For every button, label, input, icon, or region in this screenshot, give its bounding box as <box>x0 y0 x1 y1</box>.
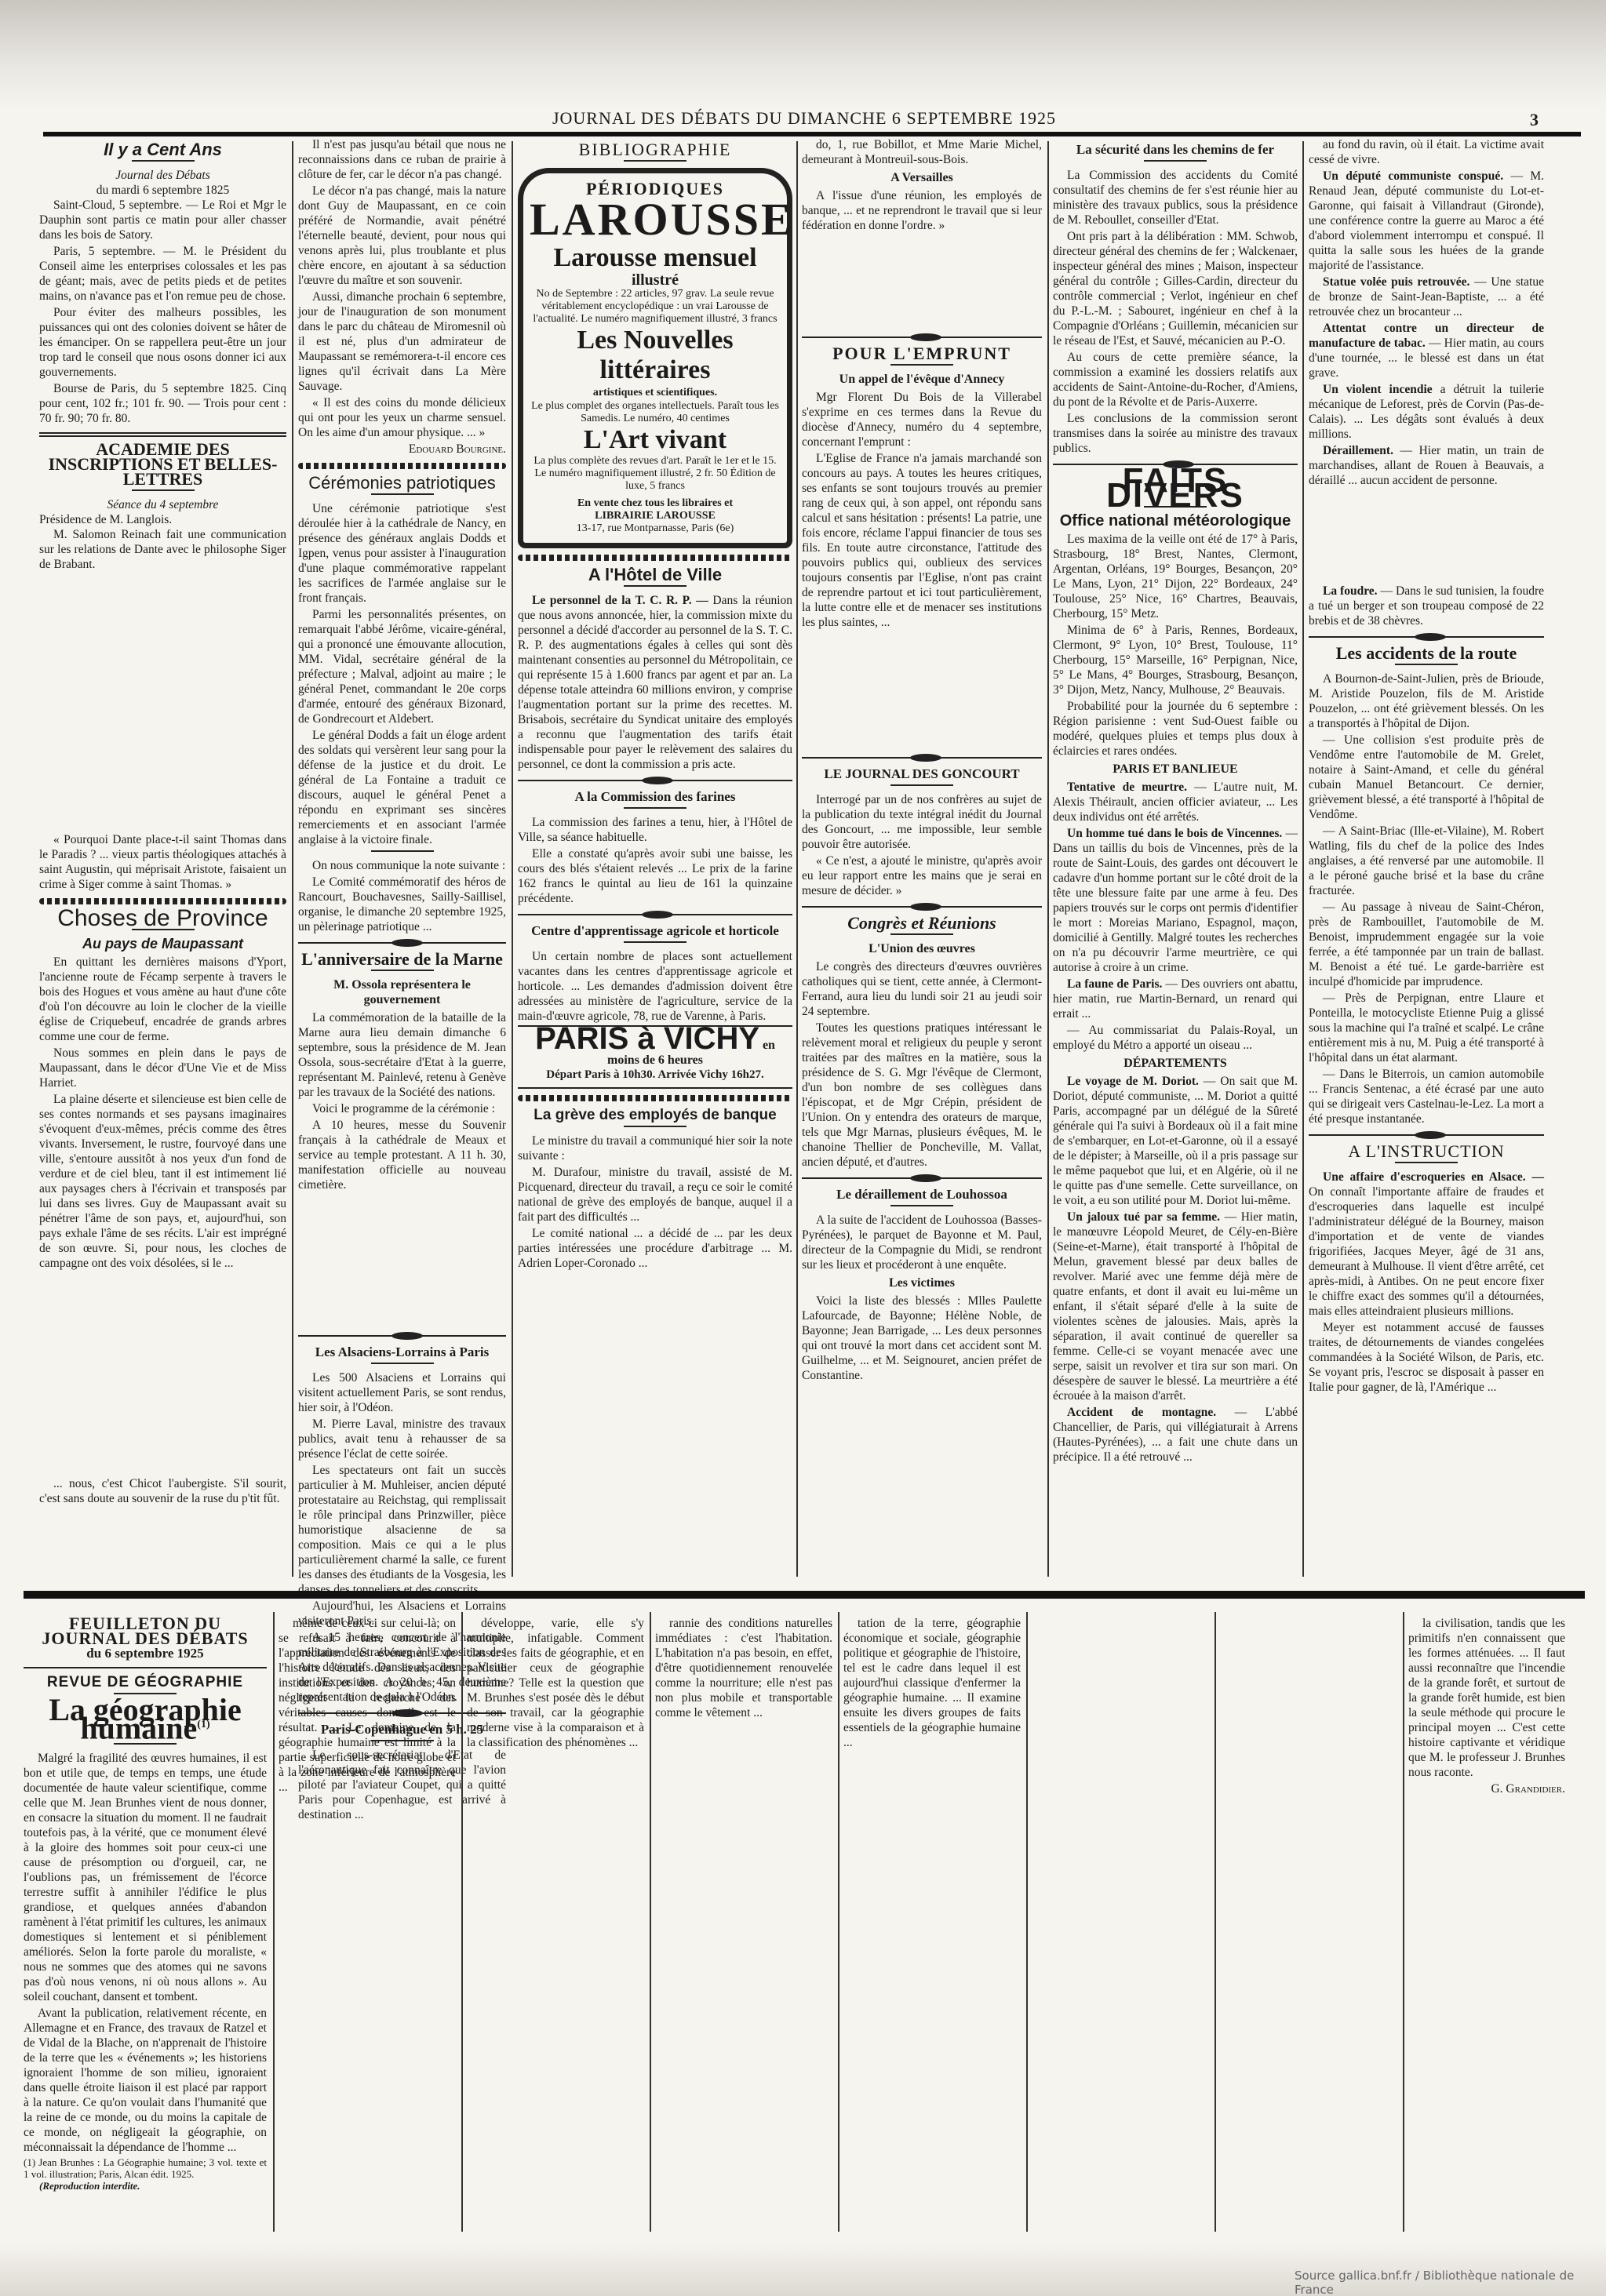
ad-footer: LIBRAIRIE LAROUSSE <box>530 510 781 522</box>
subheading: Office national météorologique <box>1053 514 1298 529</box>
lead-text: Accident de montagne. <box>1067 1406 1216 1419</box>
paragraph: A 10 heures, messe du Souvenir français … <box>298 1118 506 1192</box>
lead-text: La faune de Paris. <box>1067 977 1162 991</box>
scan-margin-top <box>0 0 1606 110</box>
divider <box>371 493 434 495</box>
paragraph: Une cérémonie patriotique s'est déroulée… <box>298 501 506 606</box>
ornament-divider <box>802 906 1042 908</box>
ornament-divider <box>518 914 792 915</box>
column-divider <box>796 141 798 1577</box>
column-6: au fond du ravin, où il était. La victim… <box>1309 137 1544 1396</box>
section-heading: Le déraillement de Louhossoa <box>802 1187 1042 1202</box>
seance-line: Séance du 4 septembre <box>39 497 286 512</box>
paragraph: Voici le programme de la cérémonie : <box>298 1101 506 1116</box>
paragraph: L'Eglise de France n'a jamais marchandé … <box>802 451 1042 630</box>
paragraph: La commémoration de la bataille de la Ma… <box>298 1010 506 1100</box>
paragraph: La Commission des accidents du Comité co… <box>1053 168 1298 227</box>
feuilleton-column-5: tation de la terre, géographie économiqu… <box>843 1616 1021 1752</box>
lead-text: Statue volée puis retrouvée. <box>1323 275 1469 289</box>
text-filler <box>802 235 1042 329</box>
signature: G. Grandidier. <box>1408 1781 1565 1796</box>
paragraph: Paris, 5 septembre. — M. le Président du… <box>39 244 286 304</box>
signature: Edouard Bourgine. <box>298 442 506 457</box>
paragraph: — Au passage à niveau de Saint-Chéron, p… <box>1309 900 1544 989</box>
section-heading: BIBLIOGRAPHIE <box>518 142 792 157</box>
paragraph: Le Comité commémoratif des héros de Ranc… <box>298 875 506 934</box>
lead-text: La foudre. <box>1323 584 1378 598</box>
paragraph: — On sait que M. Doriot, député communis… <box>1053 1075 1298 1207</box>
article-title-text: La géographie humaine <box>49 1692 242 1745</box>
column-2: Il n'est pas jusqu'au bétail que nous ne… <box>298 137 506 1824</box>
divider <box>132 160 195 162</box>
paragraph: Saint-Cloud, 5 septembre. — Le Roi et Mg… <box>39 198 286 242</box>
ad-title: Larousse mensuel <box>530 243 781 273</box>
masthead-title: JOURNAL DES DÉBATS DU DIMANCHE 6 SEPTEMB… <box>24 108 1585 129</box>
paragraph: « Il est des coins du monde délicieux qu… <box>298 395 506 440</box>
section-heading: Centre d'apprentissage agricole et horti… <box>518 923 792 938</box>
paragraph: Mgr Florent Du Bois de la Villerabel s'e… <box>802 390 1042 449</box>
divider <box>624 807 686 809</box>
section-heading: Cérémonies patriotiques <box>298 475 506 490</box>
ad-title: Les Nouvelles littéraires <box>530 326 781 385</box>
divider <box>371 850 434 852</box>
column-divider <box>1026 1612 1028 2232</box>
divider <box>132 489 195 491</box>
cent-ans-section: Il y a Cent Ans Journal des Débats du ma… <box>39 142 286 426</box>
feuilleton-column-1: FEUILLETON DU JOURNAL DES DÉBATS du 6 se… <box>24 1616 267 2192</box>
masthead-rule <box>43 132 1581 136</box>
paragraph: « Pourquoi Dante place-t-il saint Thomas… <box>39 832 286 892</box>
paragraph: « Ce n'est, a ajouté le ministre, qu'apr… <box>802 853 1042 898</box>
paragraph: Le congrès des directeurs d'œuvres ouvri… <box>802 959 1042 1019</box>
paragraph: A la suite de l'accident de Louhossoa (B… <box>802 1213 1042 1272</box>
paragraph: Les conclusions de la commission seront … <box>1053 411 1298 456</box>
paragraph: Toutes les questions pratiques intéressa… <box>802 1021 1042 1170</box>
ornament-divider <box>1309 636 1544 638</box>
reproduction-notice: (Reproduction interdite. <box>39 2180 267 2192</box>
ad-schedule: Départ Paris à 10h30. Arrivée Vichy 16h2… <box>518 1068 792 1083</box>
paragraph: Le ministre du travail a communiqué hier… <box>518 1133 792 1163</box>
paragraph: A Bournon-de-Saint-Julien, près de Briou… <box>1309 671 1544 731</box>
paragraph: Bourse de Paris, du 5 septembre 1825. Ci… <box>39 381 286 426</box>
paragraph: Interrogé par un de nos confrères au suj… <box>802 792 1042 852</box>
paragraph: Les 500 Alsaciens et Lorrains qui visite… <box>298 1370 506 1415</box>
paragraph: la civilisation, tandis que les primitif… <box>1408 1616 1565 1780</box>
source-line: Journal des Débats <box>39 168 286 183</box>
column-divider <box>512 141 513 1577</box>
paragraph: Voici la liste des blessés : Mlles Paule… <box>802 1294 1042 1383</box>
section-heading: A L'INSTRUCTION <box>1309 1144 1544 1159</box>
subheading: Les victimes <box>802 1275 1042 1290</box>
section-heading: Les accidents de la route <box>1309 646 1544 660</box>
ornament-divider <box>802 757 1042 759</box>
presidence-line: Présidence de M. Langlois. <box>39 512 286 527</box>
subheading: L'Union des œuvres <box>802 941 1042 956</box>
divider <box>39 435 286 437</box>
text-filler <box>1309 489 1544 584</box>
paragraph: développe, varie, elle s'y multiplie, in… <box>467 1616 644 1750</box>
ornament-divider <box>518 780 792 781</box>
column-divider <box>650 1612 651 2232</box>
text-filler <box>802 631 1042 749</box>
divider <box>24 1667 267 1668</box>
subheading: DÉPARTEMENTS <box>1053 1056 1298 1071</box>
ad-subtitle: artistiques et scientifiques. <box>530 385 781 400</box>
paragraph: Meyer est notamment accusé de fausses tr… <box>1309 1320 1544 1395</box>
column-1: Il y a Cent Ans Journal des Débats du ma… <box>39 137 286 1508</box>
paragraph: Ont pris part à la délibération : MM. Sc… <box>1053 229 1298 348</box>
paragraph: — Près de Perpignan, entre Llaure et Pon… <box>1309 991 1544 1065</box>
larousse-advertisement: PÉRIODIQUES LAROUSSE Larousse mensuel il… <box>518 168 792 548</box>
ad-text: La plus complète des revues d'art. Paraî… <box>530 455 781 493</box>
divider <box>624 941 686 943</box>
article-title: La géographie humaine(1) <box>24 1702 267 1735</box>
section-heading: LE JOURNAL DES GONCOURT <box>802 766 1042 781</box>
text-filler <box>39 1272 286 1476</box>
page-number: 3 <box>1530 110 1539 130</box>
divider <box>890 933 953 935</box>
section-heading: Congrès et Réunions <box>802 915 1042 930</box>
column-divider <box>1047 141 1049 1577</box>
subheading: M. Ossola représentera le gouvernement <box>298 977 506 1007</box>
divider <box>624 1126 686 1127</box>
date-line: du mardi 6 septembre 1825 <box>39 183 286 198</box>
divider <box>1144 160 1207 162</box>
paragraph: Avant la publication, relativement récen… <box>24 2006 267 2155</box>
column-divider <box>1302 141 1304 1577</box>
text-filler <box>39 573 286 832</box>
column-3: BIBLIOGRAPHIE PÉRIODIQUES LAROUSSE Larou… <box>518 137 792 1272</box>
source-credit: Source gallica.bnf.fr / Bibliothèque nat… <box>1295 2269 1606 2296</box>
ad-footer: En vente chez tous les libraires et <box>530 497 781 510</box>
paragraph: — Dans le Biterrois, un camion automobil… <box>1309 1067 1544 1126</box>
divider <box>39 432 286 434</box>
paragraph: Les maxima de la veille ont été de 17° à… <box>1053 532 1298 621</box>
column-divider <box>838 1612 839 2232</box>
paragraph: On nous communique la note suivante : <box>298 858 506 873</box>
paragraph: On connaît l'importante affaire de fraud… <box>1309 1185 1544 1318</box>
feuilleton-column-2: même de ceux-ci sur celui-là; on se refu… <box>279 1616 456 1796</box>
lead-text: Un homme tué dans le bois de Vincennes. <box>1067 827 1282 840</box>
paragraph: — Hier matin, le manœuvre Léopold Meuret… <box>1053 1210 1298 1403</box>
paragraph: Le comité national ... a décidé de ... p… <box>518 1226 792 1271</box>
lead-text: Un violent incendie <box>1323 383 1433 396</box>
column-divider <box>1215 1612 1216 2232</box>
paragraph: ... nous, c'est Chicot l'aubergiste. S'i… <box>39 1476 286 1506</box>
lead-text: Le voyage de M. Doriot. <box>1067 1075 1199 1088</box>
divider <box>890 364 953 366</box>
paragraph: Minima de 6° à Paris, Rennes, Bordeaux, … <box>1053 623 1298 697</box>
lead-text: Un jaloux tué par sa femme. <box>1067 1210 1220 1224</box>
subheading: PARIS ET BANLIEUE <box>1053 762 1298 777</box>
lead-text: Le personnel de la T. C. R. P. — <box>532 594 708 607</box>
subheading: Au pays de Maupassant <box>39 937 286 952</box>
ad-brand: LAROUSSE <box>530 196 781 243</box>
paragraph: Malgré la fragilité des œuvres humaines,… <box>24 1751 267 2004</box>
paragraph: Dans la réunion que nous avons annoncée,… <box>518 594 792 771</box>
section-heading: A la Commission des farines <box>518 789 792 804</box>
divider <box>1395 1162 1458 1163</box>
lead-text: Un député communiste conspué. <box>1323 169 1503 183</box>
paragraph: Parmi les personnalités présentes, on re… <box>298 607 506 726</box>
paragraph: même de ceux-ci sur celui-là; on se refu… <box>279 1616 456 1795</box>
ornament-divider <box>298 463 506 469</box>
section-heading: L'anniversaire de la Marne <box>298 952 506 966</box>
footnote-ref: (1) <box>197 1719 209 1730</box>
feuilleton-rule <box>24 1591 1585 1599</box>
section-heading: A l'Hôtel de Ville <box>518 567 792 582</box>
section-heading: ACADEMIE DES INSCRIPTIONS ET BELLES-LETT… <box>39 442 286 486</box>
ornament-divider <box>1053 464 1298 465</box>
paragraph: Aussi, dimanche prochain 6 septembre, jo… <box>298 289 506 394</box>
ad-title: PARIS à VICHY <box>535 1021 759 1056</box>
section-heading: Les Alsaciens-Lorrains à Paris <box>298 1344 506 1359</box>
paragraph: Nous sommes en plein dans le pays de Mau… <box>39 1046 286 1090</box>
section-heading: La sécurité dans les chemins de fer <box>1053 142 1298 157</box>
paragraph: au fond du ravin, où il était. La victim… <box>1309 137 1544 167</box>
column-divider <box>461 1612 463 2232</box>
section-heading: La grève des employés de banque <box>518 1108 792 1123</box>
ornament-divider <box>298 942 506 944</box>
ornament-divider <box>518 1095 792 1101</box>
ad-subtitle: illustré <box>530 273 781 288</box>
column-5: La sécurité dans les chemins de fer La C… <box>1053 137 1298 1466</box>
section-heading: Il y a Cent Ans <box>39 142 286 157</box>
ornament-divider <box>39 898 286 904</box>
divider <box>371 970 434 971</box>
ad-text: No de Septembre : 22 articles, 97 grav. … <box>530 288 781 326</box>
divider <box>624 585 686 587</box>
divider <box>890 1205 953 1206</box>
lead-text: Tentative de meurtre. <box>1067 780 1187 794</box>
ornament-divider <box>1309 1134 1544 1136</box>
academie-section: ACADEMIE DES INSCRIPTIONS ET BELLES-LETT… <box>39 442 286 892</box>
feuilleton-column-7: la civilisation, tandis que les primitif… <box>1408 1616 1565 1796</box>
paragraph: Elle a constaté qu'après avoir subi une … <box>518 846 792 906</box>
paragraph: M. Durafour, ministre du travail, assist… <box>518 1165 792 1224</box>
ad-text: Le plus complet des organes intellectuel… <box>530 400 781 425</box>
column-4: do, 1, rue Bobillot, et Mme Marie Michel… <box>802 137 1042 1385</box>
paragraph: rannie des conditions naturelles immédia… <box>655 1616 832 1720</box>
divider <box>1395 664 1458 665</box>
section-heading: FAITS DIVERS <box>1053 473 1298 503</box>
divider <box>890 784 953 786</box>
feuilleton-column-3: développe, varie, elle s'y multiplie, in… <box>467 1616 644 1752</box>
paragraph: — A Saint-Briac (Ille-et-Vilaine), M. Ro… <box>1309 824 1544 898</box>
paragraph: Probabilité pour la journée du 6 septemb… <box>1053 699 1298 759</box>
divider <box>624 160 686 162</box>
paragraph: M. Salomon Reinach fait une communicatio… <box>39 527 286 572</box>
ornament-divider <box>802 1177 1042 1179</box>
subheading: Un appel de l'évêque d'Annecy <box>802 372 1042 387</box>
section-heading: POUR L'EMPRUNT <box>802 346 1042 361</box>
paragraph: do, 1, rue Bobillot, et Mme Marie Michel… <box>802 137 1042 167</box>
paragraph: — Une collision s'est produite près de V… <box>1309 733 1544 822</box>
footnote: (1) Jean Brunhes : La Géographie humaine… <box>24 2156 267 2180</box>
ornament-divider <box>298 1335 506 1337</box>
paragraph: M. Pierre Laval, ministre des travaux pu… <box>298 1417 506 1461</box>
ad-title: L'Art vivant <box>530 425 781 455</box>
paragraph: tation de la terre, géographie économiqu… <box>843 1616 1021 1750</box>
paragraph: — M. Renaud Jean, député communiste du L… <box>1309 169 1544 272</box>
paragraph: Le général Dodds a fait un éloge ardent … <box>298 728 506 847</box>
column-divider <box>1403 1612 1404 2232</box>
paragraph: Au cours de cette première séance, la co… <box>1053 350 1298 409</box>
text-filler <box>298 1194 506 1327</box>
paragraph: — Dans un taillis du bois de Vincennes, … <box>1053 827 1298 974</box>
province-section: Choses de Province Au pays de Maupassant… <box>39 911 286 1506</box>
feuilleton-header: FEUILLETON DU JOURNAL DES DÉBATS <box>24 1616 267 1646</box>
column-divider <box>273 1612 275 2232</box>
paragraph: Pour éviter des malheurs possibles, les … <box>39 305 286 380</box>
paragraph: Il n'est pas jusqu'au bétail que nous ne… <box>298 137 506 182</box>
paragraph: La commission des farines a tenu, hier, … <box>518 815 792 845</box>
paragraph: La plaine déserte et silencieuse est bie… <box>39 1092 286 1271</box>
ornament-divider <box>518 555 792 561</box>
divider <box>371 1363 434 1364</box>
subheading: A Versailles <box>802 170 1042 185</box>
ornament-divider <box>802 337 1042 338</box>
ad-address: 13-17, rue Montparnasse, Paris (6e) <box>530 522 781 535</box>
paragraph: — Au commissariat du Palais-Royal, un em… <box>1053 1024 1298 1052</box>
paragraph: Le décor n'a pas changé, mais la nature … <box>298 184 506 288</box>
column-divider <box>292 141 293 1577</box>
lead-text: Déraillement. <box>1323 444 1393 457</box>
paragraph: A l'issue d'une réunion, les employés de… <box>802 188 1042 233</box>
lead-text: Une affaire d'escroqueries en Alsace. — <box>1323 1170 1544 1184</box>
section-heading: REVUE DE GÉOGRAPHIE <box>24 1675 267 1690</box>
paragraph: Un certain nombre de places sont actuell… <box>518 949 792 1024</box>
paragraph: En quittant les dernières maisons d'Ypor… <box>39 955 286 1044</box>
feuilleton-column-4: rannie des conditions naturelles immédia… <box>655 1616 832 1722</box>
section-heading: Choses de Province <box>39 911 286 926</box>
vichy-advertisement: PARIS à VICHY en moins de 6 heures Dépar… <box>518 1025 792 1089</box>
paragraph: Les spectateurs ont fait un succès parti… <box>298 1463 506 1597</box>
